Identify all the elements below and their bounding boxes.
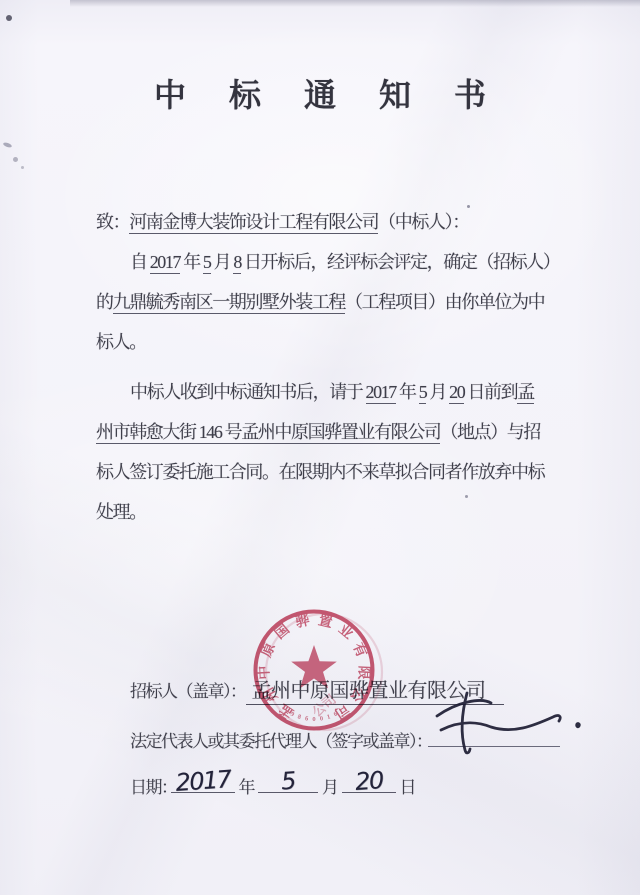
paragraph2-line3: 标人签订委托施工合同。在限期内不来草拟合同者作放弃中标: [96, 452, 586, 492]
text-segment: 日开标后，经评标会评定，确定（招标人）: [241, 252, 560, 272]
text-segment: 5: [203, 252, 211, 274]
text-segment: 8: [233, 252, 241, 274]
year-suffix: 年: [239, 778, 255, 797]
svg-text:国: 国: [271, 621, 293, 643]
scan-edge-smudge: [70, 0, 640, 7]
svg-text:骅: 骅: [294, 611, 312, 631]
text-segment: 的: [96, 292, 113, 312]
text-segment: 日前到: [464, 382, 517, 402]
ink-speck: [3, 142, 13, 149]
svg-text:置: 置: [317, 611, 335, 631]
paragraph2-line1: 中标人收到中标通知书后，请于 2017 年 5 月 20 日前到孟: [96, 372, 586, 412]
paragraph1-line3: 的九鼎毓秀南区一期别墅外装工程（工程项目）由你单位为中: [96, 282, 586, 322]
handwritten-day: 20: [341, 766, 397, 796]
paragraph1-line2: 自 2017 年 5 月 8 日开标后，经评标会评定，确定（招标人）: [96, 242, 586, 282]
text-segment: 标人。: [96, 332, 146, 352]
text-segment: 孟: [517, 382, 534, 404]
text-segment: 处理。: [96, 502, 146, 522]
svg-text:1: 1: [326, 713, 331, 721]
svg-text:8: 8: [297, 713, 303, 721]
text-segment: 20: [449, 382, 464, 404]
document-title: 中标通知书: [0, 70, 640, 116]
text-segment: 河南金博大装饰设计工程有限公司: [129, 212, 378, 234]
svg-text:原: 原: [258, 640, 279, 660]
text-segment: 年: [180, 252, 203, 272]
text-segment: 九鼎毓秀南区一期别墅外装工程: [113, 292, 345, 314]
representative-label: 法定代表人或其委托代理人（签字或盖章）：: [130, 732, 432, 751]
salutation-line: 致：河南金博大装饰设计工程有限公司（中标人）：: [96, 202, 586, 242]
svg-text:0: 0: [312, 716, 315, 723]
bidder-label: 招标人（盖章）：: [130, 682, 246, 701]
date-year-field: 2017: [171, 768, 235, 793]
text-segment: 致：: [96, 212, 129, 232]
legal-representative-line: 法定代表人或其委托代理人（签字或盖章）：: [130, 724, 560, 755]
ink-speck: [13, 157, 18, 162]
text-segment: （工程项目）由你单位为中: [345, 292, 544, 312]
svg-text:有: 有: [349, 640, 370, 660]
text-segment: 月: [426, 382, 449, 402]
paragraph2-line4: 处理。: [96, 492, 586, 532]
text-segment: 中标人收到中标通知书后，请于: [130, 382, 366, 402]
text-segment: 月: [211, 252, 234, 272]
day-suffix: 日: [400, 778, 416, 797]
handwritten-year: 2017: [170, 766, 236, 796]
date-day-field: 20: [342, 768, 396, 793]
text-segment: （地点）与招: [440, 422, 540, 442]
svg-text:6: 6: [304, 715, 309, 723]
document-title-text: 中标通知书: [154, 77, 529, 113]
scanned-award-notice-document: 中标通知书 致：河南金博大装饰设计工程有限公司（中标人）： 自 2017 年 5…: [0, 0, 640, 895]
text-segment: 自: [130, 252, 150, 272]
text-segment: 年: [396, 382, 419, 402]
month-suffix: 月: [322, 778, 338, 797]
svg-text:0: 0: [319, 715, 323, 722]
document-body: 致：河南金博大装饰设计工程有限公司（中标人）： 自 2017 年 5 月 8 日…: [96, 202, 586, 532]
text-segment: 2017: [366, 382, 396, 404]
date-line: 日期：2017年5月20日: [130, 768, 415, 801]
paragraph2-line2: 州市韩愈大街 146 号孟州中原国骅置业有限公司（地点）与招: [96, 412, 586, 452]
paragraph1-line4: 标人。: [96, 322, 586, 362]
bidder-company-name: 孟州中原国骅置业有限公司: [246, 680, 504, 705]
company-seal-stamp: 孟州中原国骅置业有限公司公司9860016: [239, 595, 389, 745]
paragraph-gap: [96, 362, 586, 372]
text-segment: 标人签订委托施工合同。在限期内不来草拟合同者作放弃中标: [96, 462, 544, 482]
text-segment: 2017: [150, 252, 180, 274]
ink-speck: [21, 166, 24, 169]
date-month-field: 5: [258, 768, 318, 793]
svg-text:9: 9: [289, 711, 296, 719]
svg-text:6: 6: [333, 710, 340, 718]
text-segment: 州市韩愈大街 146 号孟州中原国骅置业有限公司: [96, 422, 440, 444]
text-segment: （中标人）：: [378, 212, 469, 232]
svg-text:业: 业: [335, 621, 356, 642]
ink-speck: [6, 15, 12, 21]
signature-underline: [428, 724, 560, 747]
handwritten-month: 5: [257, 766, 319, 796]
bidder-seal-line: 招标人（盖章）：孟州中原国骅置业有限公司: [130, 678, 504, 705]
